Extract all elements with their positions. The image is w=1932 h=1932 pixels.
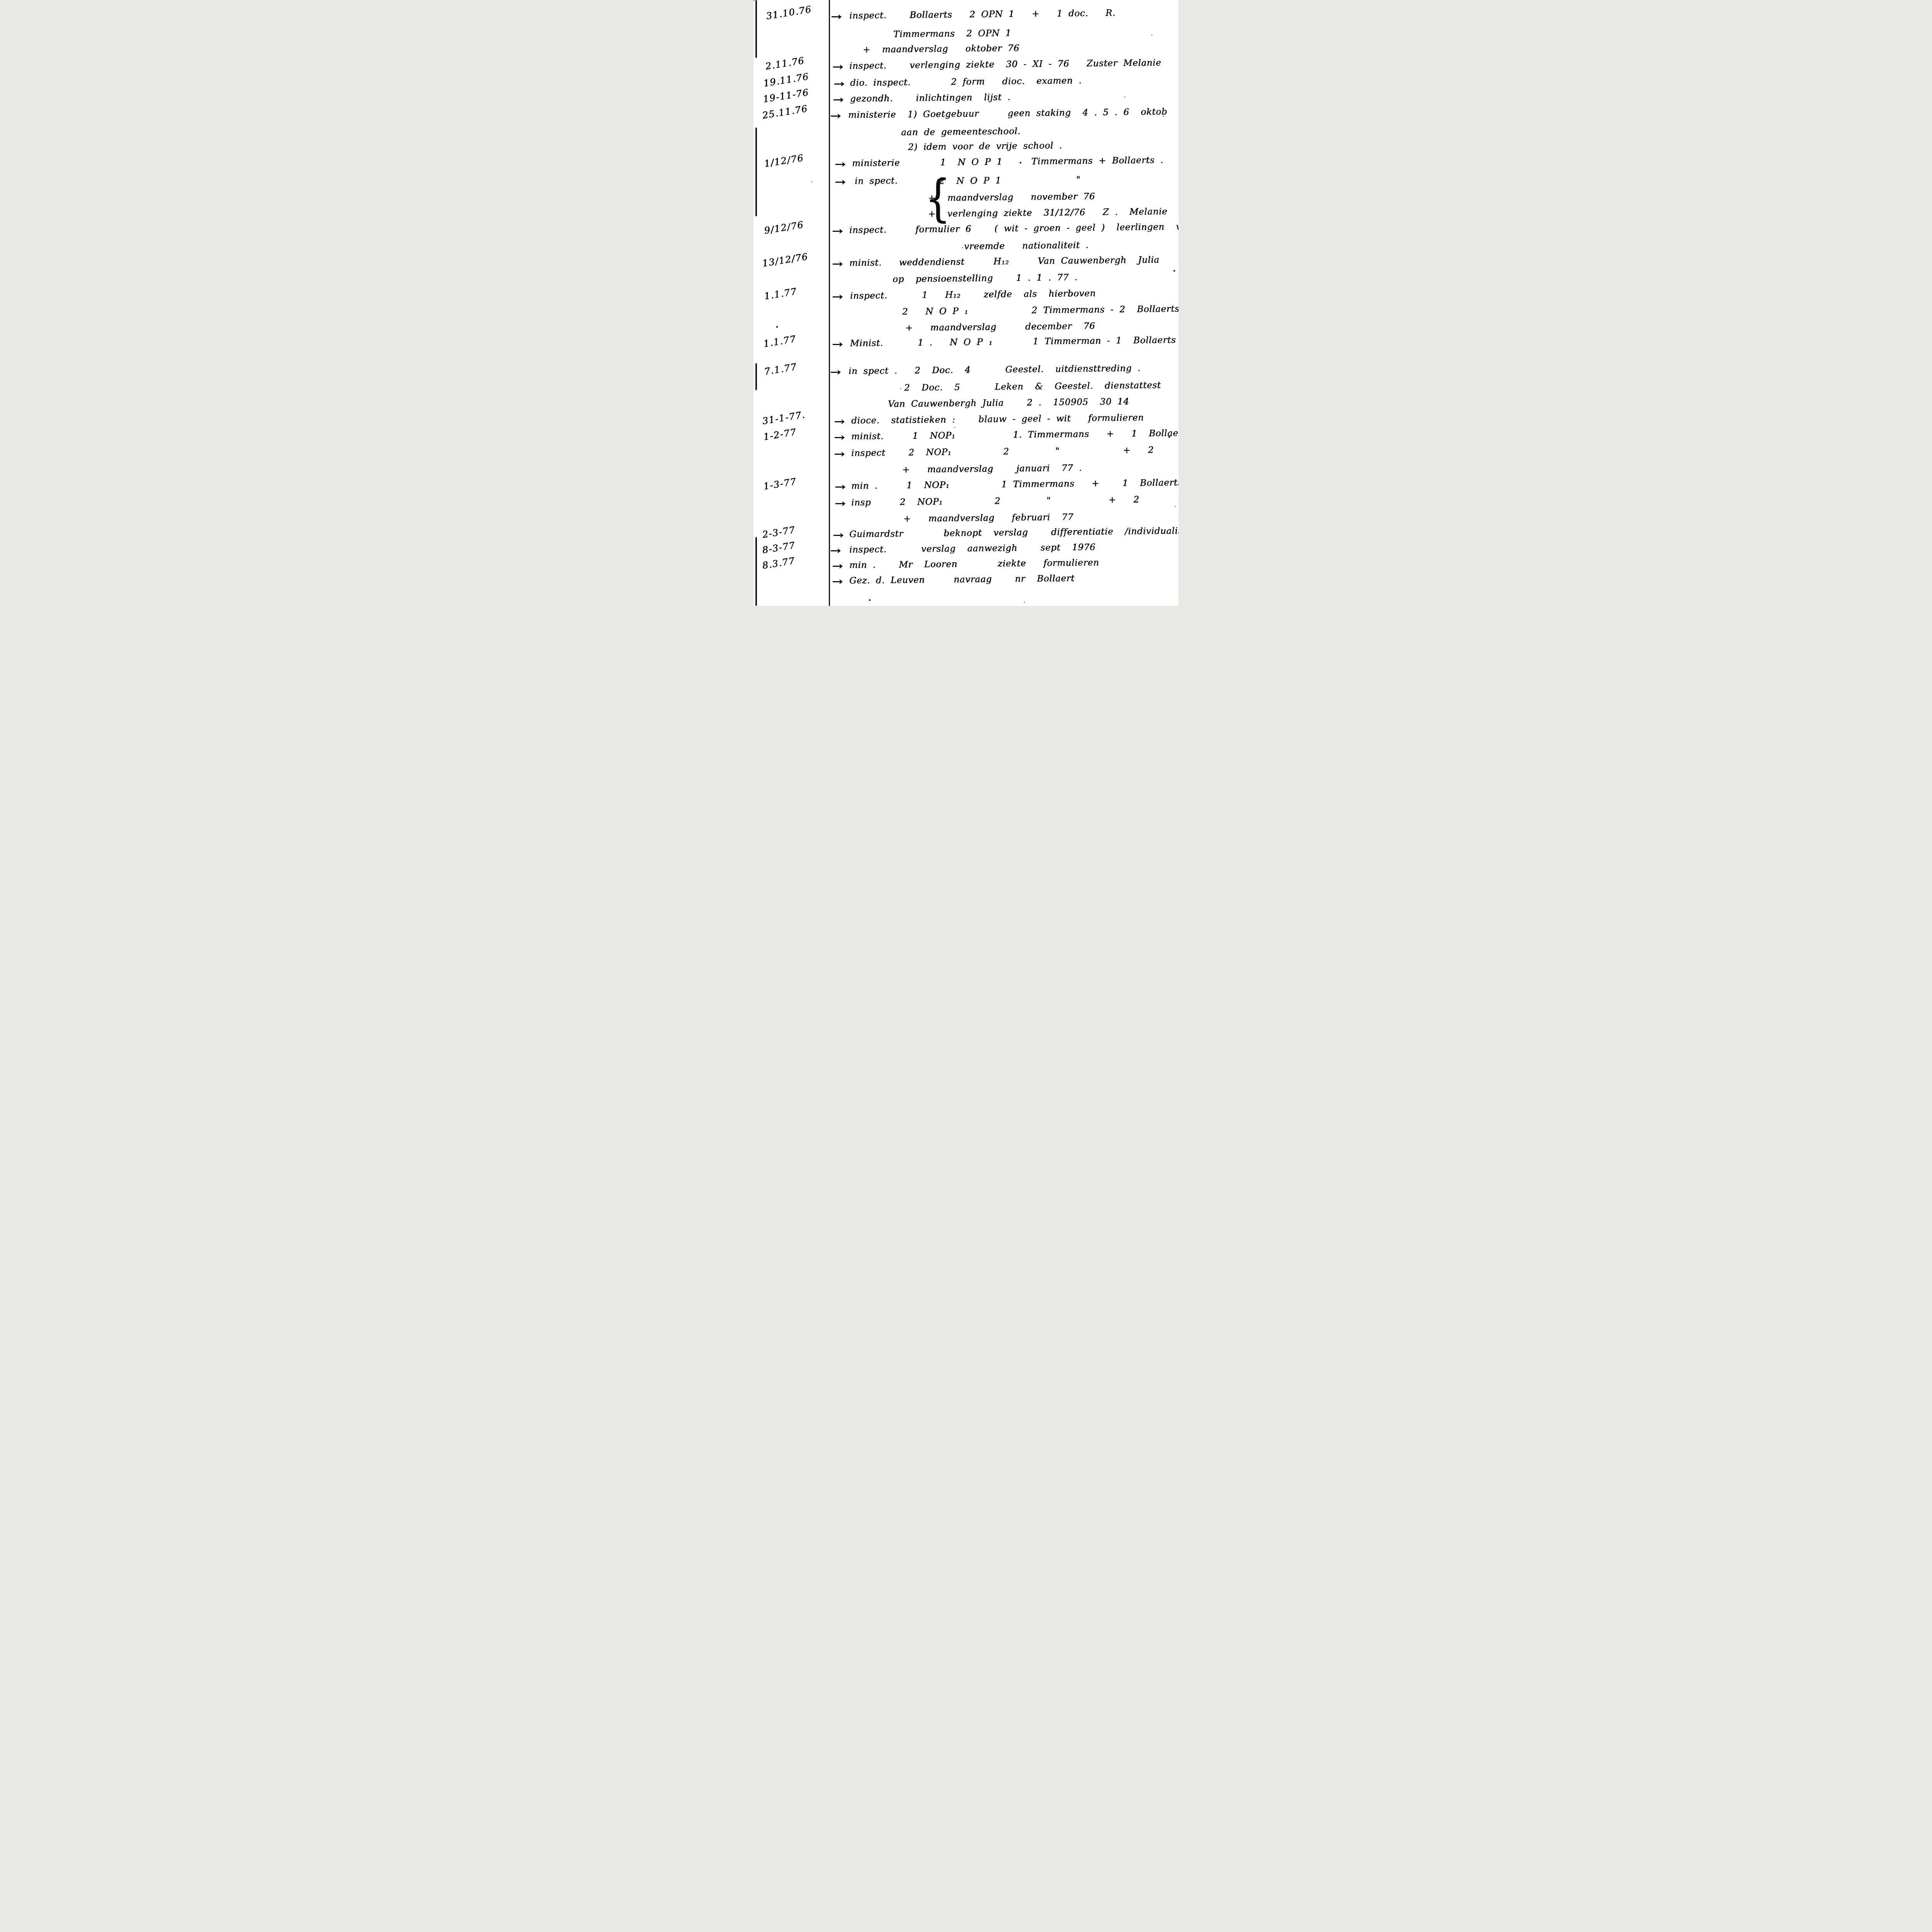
entry-text: in spect. [855, 176, 898, 186]
entry-text: aan de gemeenteschool. [901, 126, 1021, 138]
arrow-icon: → [834, 448, 845, 460]
log-row: 2 N O P ₁ 2 Timmermans - 2 Bollaerts [753, 307, 1179, 325]
log-row: 31.10.76→inspect. Bollaerts 2 OPN 1 + 1 … [753, 11, 1179, 29]
entry-text: op pensioenstelling 1 . 1 . 77 . [893, 272, 1078, 284]
arrow-icon: → [832, 291, 843, 303]
entry-text: + maandverslag februari 77 [903, 512, 1074, 524]
log-row: 25.11.76→ministerie 1) Goetgebuur geen s… [753, 110, 1179, 128]
arrow-icon: → [834, 432, 845, 444]
log-row: 2.11.76→inspect. verlenging ziekte 30 - … [753, 61, 1179, 79]
scanned-handwritten-log-page: 31.10.76→inspect. Bollaerts 2 OPN 1 + 1 … [753, 0, 1179, 606]
entry-text: inspect. Bollaerts 2 OPN 1 + 1 doc. R. [849, 8, 1116, 21]
log-row: →Gez. d. Leuven navraag nr Bollaert [753, 576, 1179, 594]
arrow-icon: → [831, 11, 842, 23]
arrow-icon: → [832, 225, 843, 237]
entry-date: 7.1.77 [764, 361, 798, 377]
entry-text: + maandverslag oktober 76 [863, 43, 1020, 55]
entry-text: + verlenging ziekte 31/12/76 Z . Melanie [928, 207, 1167, 219]
entry-text: gezondh. inlichtingen lijst . [850, 92, 1011, 104]
arrow-icon: → [835, 481, 845, 493]
entry-text: 2) idem voor de vrije school . [908, 141, 1062, 152]
log-row: →inspect 2 NOP₁ 2 " + 2 " [753, 448, 1179, 466]
arrow-icon: → [834, 416, 845, 428]
entry-text: + maandverslag december 76 [905, 321, 1095, 333]
entry-text: + maandverslag november 76 [928, 191, 1095, 203]
arrow-icon: → [833, 94, 844, 106]
entry-text: min . Mr Looren ziekte formulieren [849, 558, 1099, 570]
arrow-icon: → [832, 338, 843, 350]
entry-text: inspect. verslag aanwezigh sept 1976 [849, 542, 1096, 555]
log-row: 1.1.77→Minist. 1 . N O P ₁ 1 Timmerman -… [753, 338, 1179, 356]
arrow-icon: → [835, 176, 845, 188]
ink-speckles [753, 0, 754, 1]
entry-text: dio. inspect. 2 form dioc. examen . [850, 76, 1082, 88]
arrow-icon: → [835, 158, 845, 170]
log-row: 9/12/76→inspect. formulier 6 ( wit - gro… [753, 225, 1179, 243]
arrow-icon: → [833, 78, 844, 90]
arrow-icon: → [830, 366, 841, 378]
arrow-icon: → [832, 61, 843, 73]
log-row: 1/12/76→ministerie 1 N O P 1 Timmermans … [753, 158, 1179, 176]
entry-text: Timmermans 2 OPN 1 [893, 28, 1012, 39]
arrow-icon: → [832, 258, 843, 270]
entry-text: vreemde nationaliteit . [964, 240, 1089, 252]
arrow-icon: → [833, 529, 844, 541]
entry-text: 2 Doc. 5 Leken & Geestel. dienstattest [904, 380, 1161, 393]
arrow-icon: → [830, 545, 841, 557]
arrow-icon: → [835, 498, 845, 510]
entry-text: inspect. 1 H₁₂ zelfde als hierboven [850, 288, 1096, 301]
arrow-icon: → [830, 110, 841, 122]
entry-text: Gez. d. Leuven navraag nr Bollaert [849, 573, 1075, 586]
arrow-icon: → [832, 576, 843, 588]
entry-date: 31.10.76 [765, 4, 813, 22]
entry-text: in spect . 2 Doc. 4 Geestel. uitdiensttr… [849, 363, 1141, 376]
log-row: →{in spect.2 N O P 1 " " [753, 176, 1179, 194]
arrow-icon: → [832, 560, 843, 572]
entry-text: + maandverslag januari 77 . [902, 463, 1082, 475]
entry-text: Van Cauwenbergh Julia 2 . 150905 30 14 [888, 396, 1129, 409]
log-row: →insp 2 NOP₁ 2 " + 2 " [753, 498, 1179, 515]
